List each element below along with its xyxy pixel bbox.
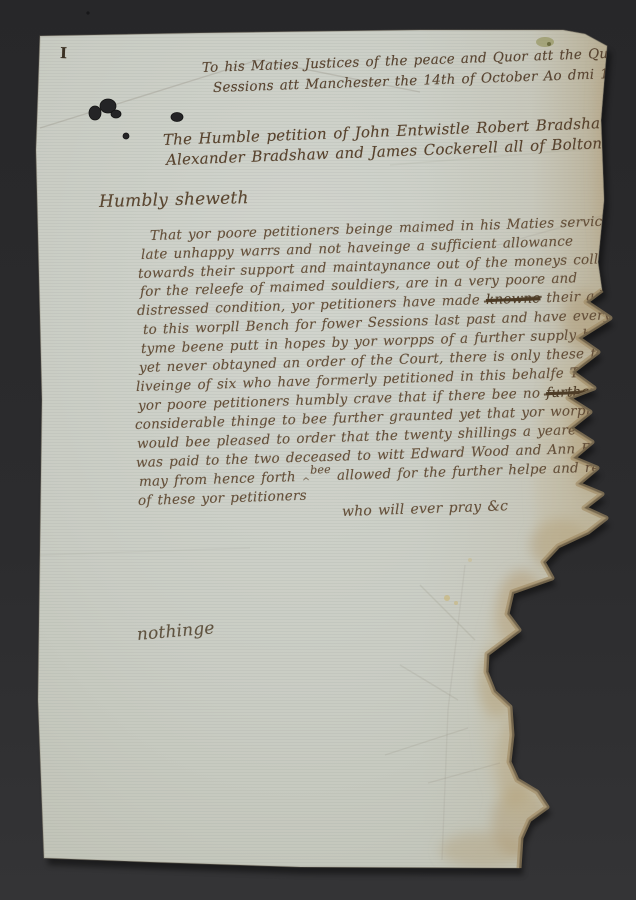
- body-line-text: may from hence forth: [139, 469, 302, 490]
- closing-prayer: who will ever pray &c: [342, 498, 509, 520]
- insertion-caret: ^: [302, 477, 311, 488]
- backdrop-speck: [86, 11, 89, 14]
- salutation: Humbly sheweth: [99, 188, 249, 212]
- struck-out-word: knowne: [486, 290, 541, 308]
- corner-ink-mark: I: [60, 44, 68, 62]
- body-line: of these yor petitioners: [138, 488, 307, 509]
- manuscript-photo: I To his Maties Justices of the peace an…: [0, 0, 636, 900]
- inserted-word: bee: [310, 463, 331, 477]
- clerk-annotation: nothinge: [136, 618, 215, 645]
